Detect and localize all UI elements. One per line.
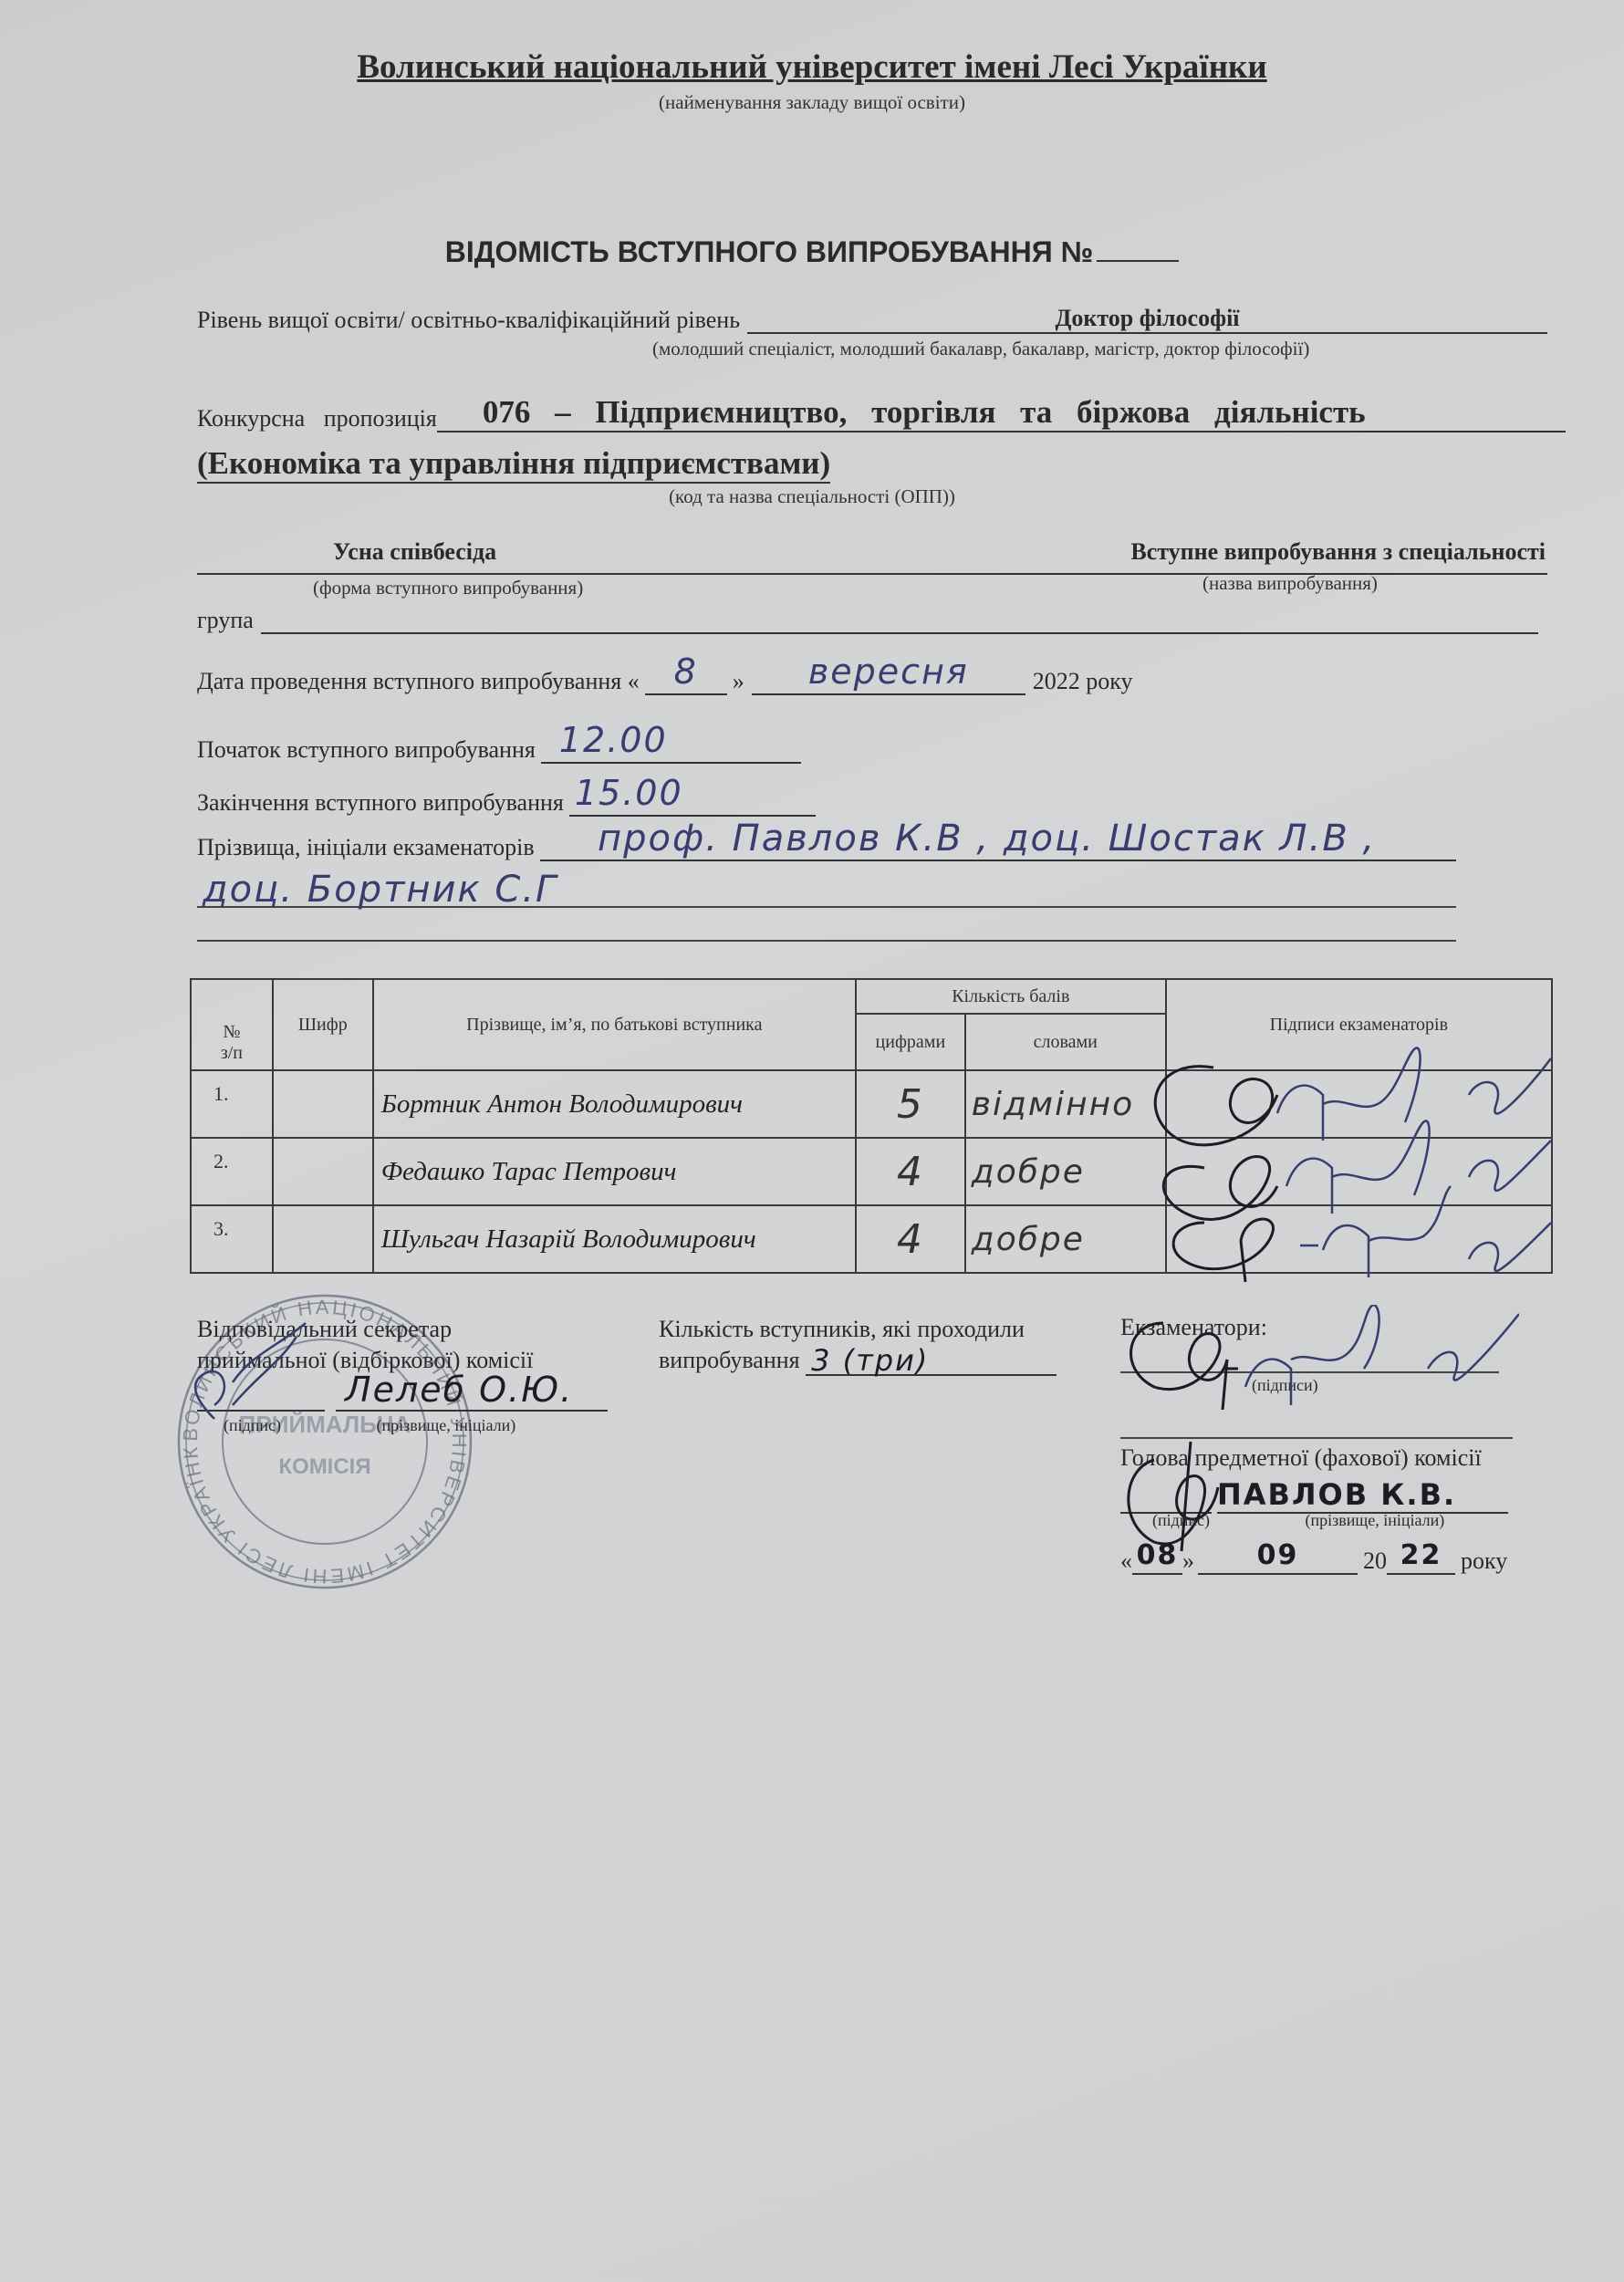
exam-date-day-field[interactable]: 8 [645,657,727,695]
secretary-name-value: Лелеб О.Ю. [345,1370,573,1410]
exam-date-sep: » [733,668,744,695]
row-code[interactable] [273,1138,373,1205]
applicants-count: Кількість вступників, які проходили випр… [659,1314,1057,1376]
head-date-day-value: 08 [1132,1539,1182,1571]
exam-start-row: Початок вступного випробування 12.00 [197,725,801,764]
examiners-handwriting-1: проф. Павлов К.В , доц. Шостак Л.В , [598,818,1619,860]
applicants-count-value: 3 (три) [811,1345,929,1376]
table-row: 3. Шульгач Назарій Володимирович 4 добре [191,1205,1552,1273]
secretary-signature-field[interactable] [197,1373,325,1412]
examiners-sign-label: Екзаменатори: [1120,1314,1267,1341]
head-date-year-field[interactable]: 22 [1387,1542,1455,1575]
head-name-value: ПАВЛОВ К.В. [1217,1477,1456,1512]
col-number-header: №з/п [191,979,273,1070]
exam-end-field[interactable]: 15.00 [569,778,816,817]
col-signatures-header: Підписи екзаменаторів [1166,979,1552,1070]
row-applicant-name: Шульгач Назарій Володимирович [373,1205,856,1273]
group-row: група [197,607,1538,634]
row-signatures[interactable] [1166,1070,1552,1138]
exam-date-year: 2022 року [1033,668,1133,695]
education-level-field[interactable]: Доктор філософії [747,305,1547,334]
exam-end-row: Закінчення вступного випробування 15.00 [197,778,816,817]
row-applicant-name: Бортник Антон Володимирович [373,1070,856,1138]
exam-date-label: Дата проведення вступного випробування « [197,668,640,695]
row-score-digits[interactable]: 4 [856,1205,965,1273]
head-date-suffix: року [1461,1547,1507,1575]
head-date-open: « [1120,1547,1132,1575]
exam-start-label: Початок вступного випробування [197,736,536,764]
examiners-sign-caption: (підписи) [1252,1376,1318,1395]
secretary-captions: (підпис) (прізвище, ініціали) [224,1416,515,1435]
table-header-row: №з/п Шифр Прізвище, ім’я, по батькові вс… [191,979,1552,1014]
exam-form-caption: (форма вступного випробування) [313,577,583,599]
head-sign-row: ПАВЛОВ К.В. [1120,1475,1508,1514]
row-number: 1. [191,1070,273,1138]
head-label: Голова предметної (фахової) комісії [1120,1444,1482,1472]
exam-date-row: Дата проведення вступного випробування «… [197,657,1133,695]
exam-form-field[interactable]: Усна співбесіда [333,538,496,566]
exam-date-month-value: вересня [752,651,1025,692]
secretary-name-caption: (прізвище, ініціали) [377,1416,516,1435]
head-date-close: » [1182,1547,1194,1575]
education-level-label: Рівень вищої освіти/ освітньо-кваліфікац… [197,307,740,334]
row-code[interactable] [273,1205,373,1273]
results-table: №з/п Шифр Прізвище, ім’я, по батькові вс… [190,978,1553,1274]
head-signature-field[interactable] [1120,1475,1212,1514]
table-row: 1. Бортник Антон Володимирович 5 відмінн… [191,1070,1552,1138]
secretary-sign-caption: (підпис) [224,1416,281,1435]
competitive-offer-label: Конкурсна пропозиція [197,405,437,432]
applicants-count-field[interactable]: 3 (три) [806,1345,1057,1376]
head-name-caption: (прізвище, ініціали) [1306,1511,1445,1529]
col-code-header: Шифр [273,979,373,1070]
row-score-digits[interactable]: 4 [856,1138,965,1205]
head-sign-caption: (підпис) [1152,1511,1210,1529]
exam-end-value: 15.00 [569,773,816,813]
row-code[interactable] [273,1070,373,1138]
secretary-name-field[interactable]: Лелеб О.Ю. [336,1373,608,1412]
group-label: група [197,607,254,634]
group-field[interactable] [261,609,1538,634]
head-name-field[interactable]: ПАВЛОВ К.В. [1217,1475,1508,1514]
secretary-label: Відповідальний секретар приймальної (від… [197,1314,533,1376]
col-score-words-header: словами [965,1014,1166,1070]
competitive-offer-caption: (код та назва спеціальності (ОПП)) [0,485,1624,508]
document-title-text: ВІДОМІСТЬ ВСТУПНОГО ВИПРОБУВАННЯ № [445,235,1094,268]
secretary-label-line1: Відповідальний секретар [197,1314,533,1345]
head-captions: (підпис) (прізвище, ініціали) [1152,1511,1444,1530]
exam-start-field[interactable]: 12.00 [541,725,801,764]
col-score-group-header: Кількість балів [856,979,1166,1014]
head-date-day-field[interactable]: 08 [1132,1542,1182,1575]
row-applicant-name: Федашко Тарас Петрович [373,1138,856,1205]
applicants-count-label-line1: Кількість вступників, які проходили [659,1314,1057,1345]
row-score-digits[interactable]: 5 [856,1070,965,1138]
stamp-center-line2: КОМІСІЯ [278,1454,370,1479]
education-level-caption: (молодший спеціаліст, молодший бакалавр,… [652,338,1309,360]
exam-date-day-value: 8 [645,651,727,692]
table-row: 2. Федашко Тарас Петрович 4 добре [191,1138,1552,1205]
document-number-field[interactable] [1097,260,1179,262]
applicants-count-label-line2: випробування [659,1347,800,1373]
exam-start-value: 12.00 [541,720,801,760]
head-blank-line [1120,1437,1513,1439]
row-score-words[interactable]: добре [965,1205,1166,1273]
row-score-words[interactable]: добре [965,1138,1166,1205]
education-level-row: Рівень вищої освіти/ освітньо-кваліфікац… [197,301,1547,334]
exam-name-caption: (назва випробування) [1202,572,1378,595]
document-title: ВІДОМІСТЬ ВСТУПНОГО ВИПРОБУВАННЯ № [0,235,1624,269]
row-number: 2. [191,1138,273,1205]
col-name-header: Прізвище, ім’я, по батькові вступника [373,979,856,1070]
head-date-year-value: 22 [1387,1539,1455,1571]
examiners-sign-field[interactable] [1120,1371,1499,1373]
col-score-digits-header: цифрами [856,1014,965,1070]
exam-date-month-field[interactable]: вересня [752,657,1025,695]
institution-caption: (найменування закладу вищої освіти) [0,91,1624,114]
exam-end-label: Закінчення вступного випробування [197,789,564,817]
competitive-offer-field-line2[interactable]: (Економіка та управління підприємствами) [197,445,830,484]
row-signatures[interactable] [1166,1205,1552,1273]
institution-name: Волинський національний університет імен… [0,47,1624,87]
head-date-year-prefix: 20 [1363,1547,1387,1575]
row-number: 3. [191,1205,273,1273]
examiners-handwriting-2: доц. Бортник С.Г [203,869,557,911]
examiners-label: Прізвища, ініціали екзаменаторів [197,834,535,861]
competitive-offer-row: Конкурсна пропозиція 076 – Підприємництв… [197,394,1566,432]
secretary-sign-row: Лелеб О.Ю. [197,1373,608,1412]
exam-name-field[interactable]: Вступне випробування з спеціальності [1130,538,1546,566]
row-signatures[interactable] [1166,1138,1552,1205]
row-score-words[interactable]: відмінно [965,1070,1166,1138]
head-date-row: « 08 » 09 20 22 року [1120,1542,1507,1575]
competitive-offer-field[interactable]: 076 – Підприємництво, торгівля та біржов… [437,394,1566,432]
head-date-month-field[interactable]: 09 [1198,1542,1358,1575]
examiners-field-line3[interactable] [197,940,1456,942]
head-date-month-value: 09 [1198,1539,1358,1571]
